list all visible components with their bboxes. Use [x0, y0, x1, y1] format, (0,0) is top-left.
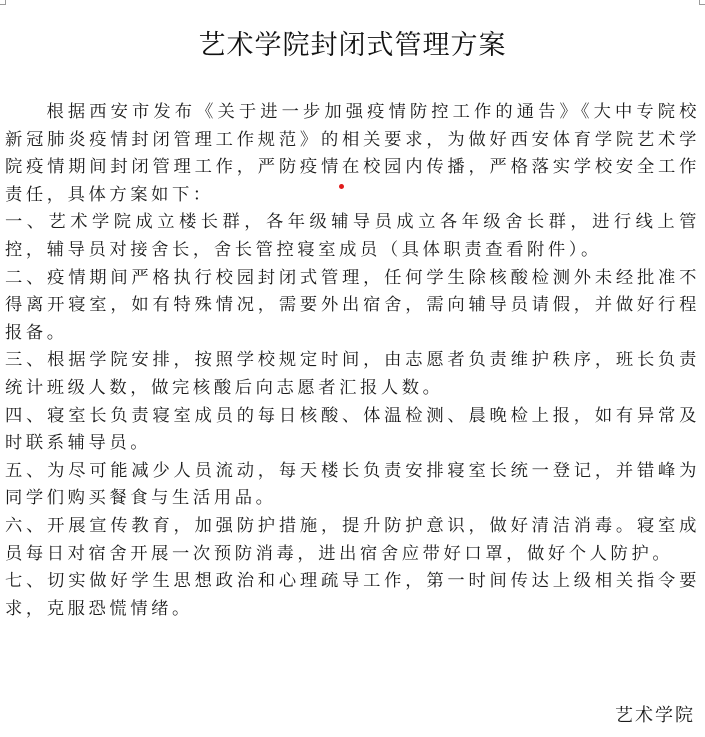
signature: 艺术学院: [615, 702, 695, 730]
list-item-5: 五、为尽可能减少人员流动，每天楼长负责安排寝室长统一登记，并错峰为同学们购买餐食…: [5, 458, 700, 513]
red-marker-dot: [339, 184, 344, 189]
list-item-7: 七、切实做好学生思想政治和心理疏导工作，第一时间传达上级相关指令要求，克服恐慌情…: [5, 568, 700, 623]
page-corner-mark-right: [699, 0, 705, 5]
list-item-2: 二、疫情期间严格执行校园封闭式管理，任何学生除核酸检测外未经批准不得离开寝室，如…: [5, 265, 700, 348]
list-item-1: 一、艺术学院成立楼长群，各年级辅导员成立各年级舍长群，进行线上管控，辅导员对接舍…: [5, 209, 700, 264]
list-item-4: 四、寝室长负责寝室成员的每日核酸、体温检测、晨晚检上报，如有异常及时联系辅导员。: [5, 403, 700, 458]
document-body: 根据西安市发布《关于进一步加强疫情防控工作的通告》《大中专院校新冠肺炎疫情封闭管…: [5, 99, 700, 623]
intro-paragraph: 根据西安市发布《关于进一步加强疫情防控工作的通告》《大中专院校新冠肺炎疫情封闭管…: [5, 99, 700, 209]
document-title: 艺术学院封闭式管理方案: [0, 26, 705, 66]
list-item-6: 六、开展宣传教育，加强防护措施，提升防护意识，做好清洁消毒。寝室成员每日对宿舍开…: [5, 513, 700, 568]
page-corner-mark-left: [0, 0, 6, 5]
list-item-3: 三、根据学院安排，按照学校规定时间，由志愿者负责维护秩序，班长负责统计班级人数，…: [5, 347, 700, 402]
